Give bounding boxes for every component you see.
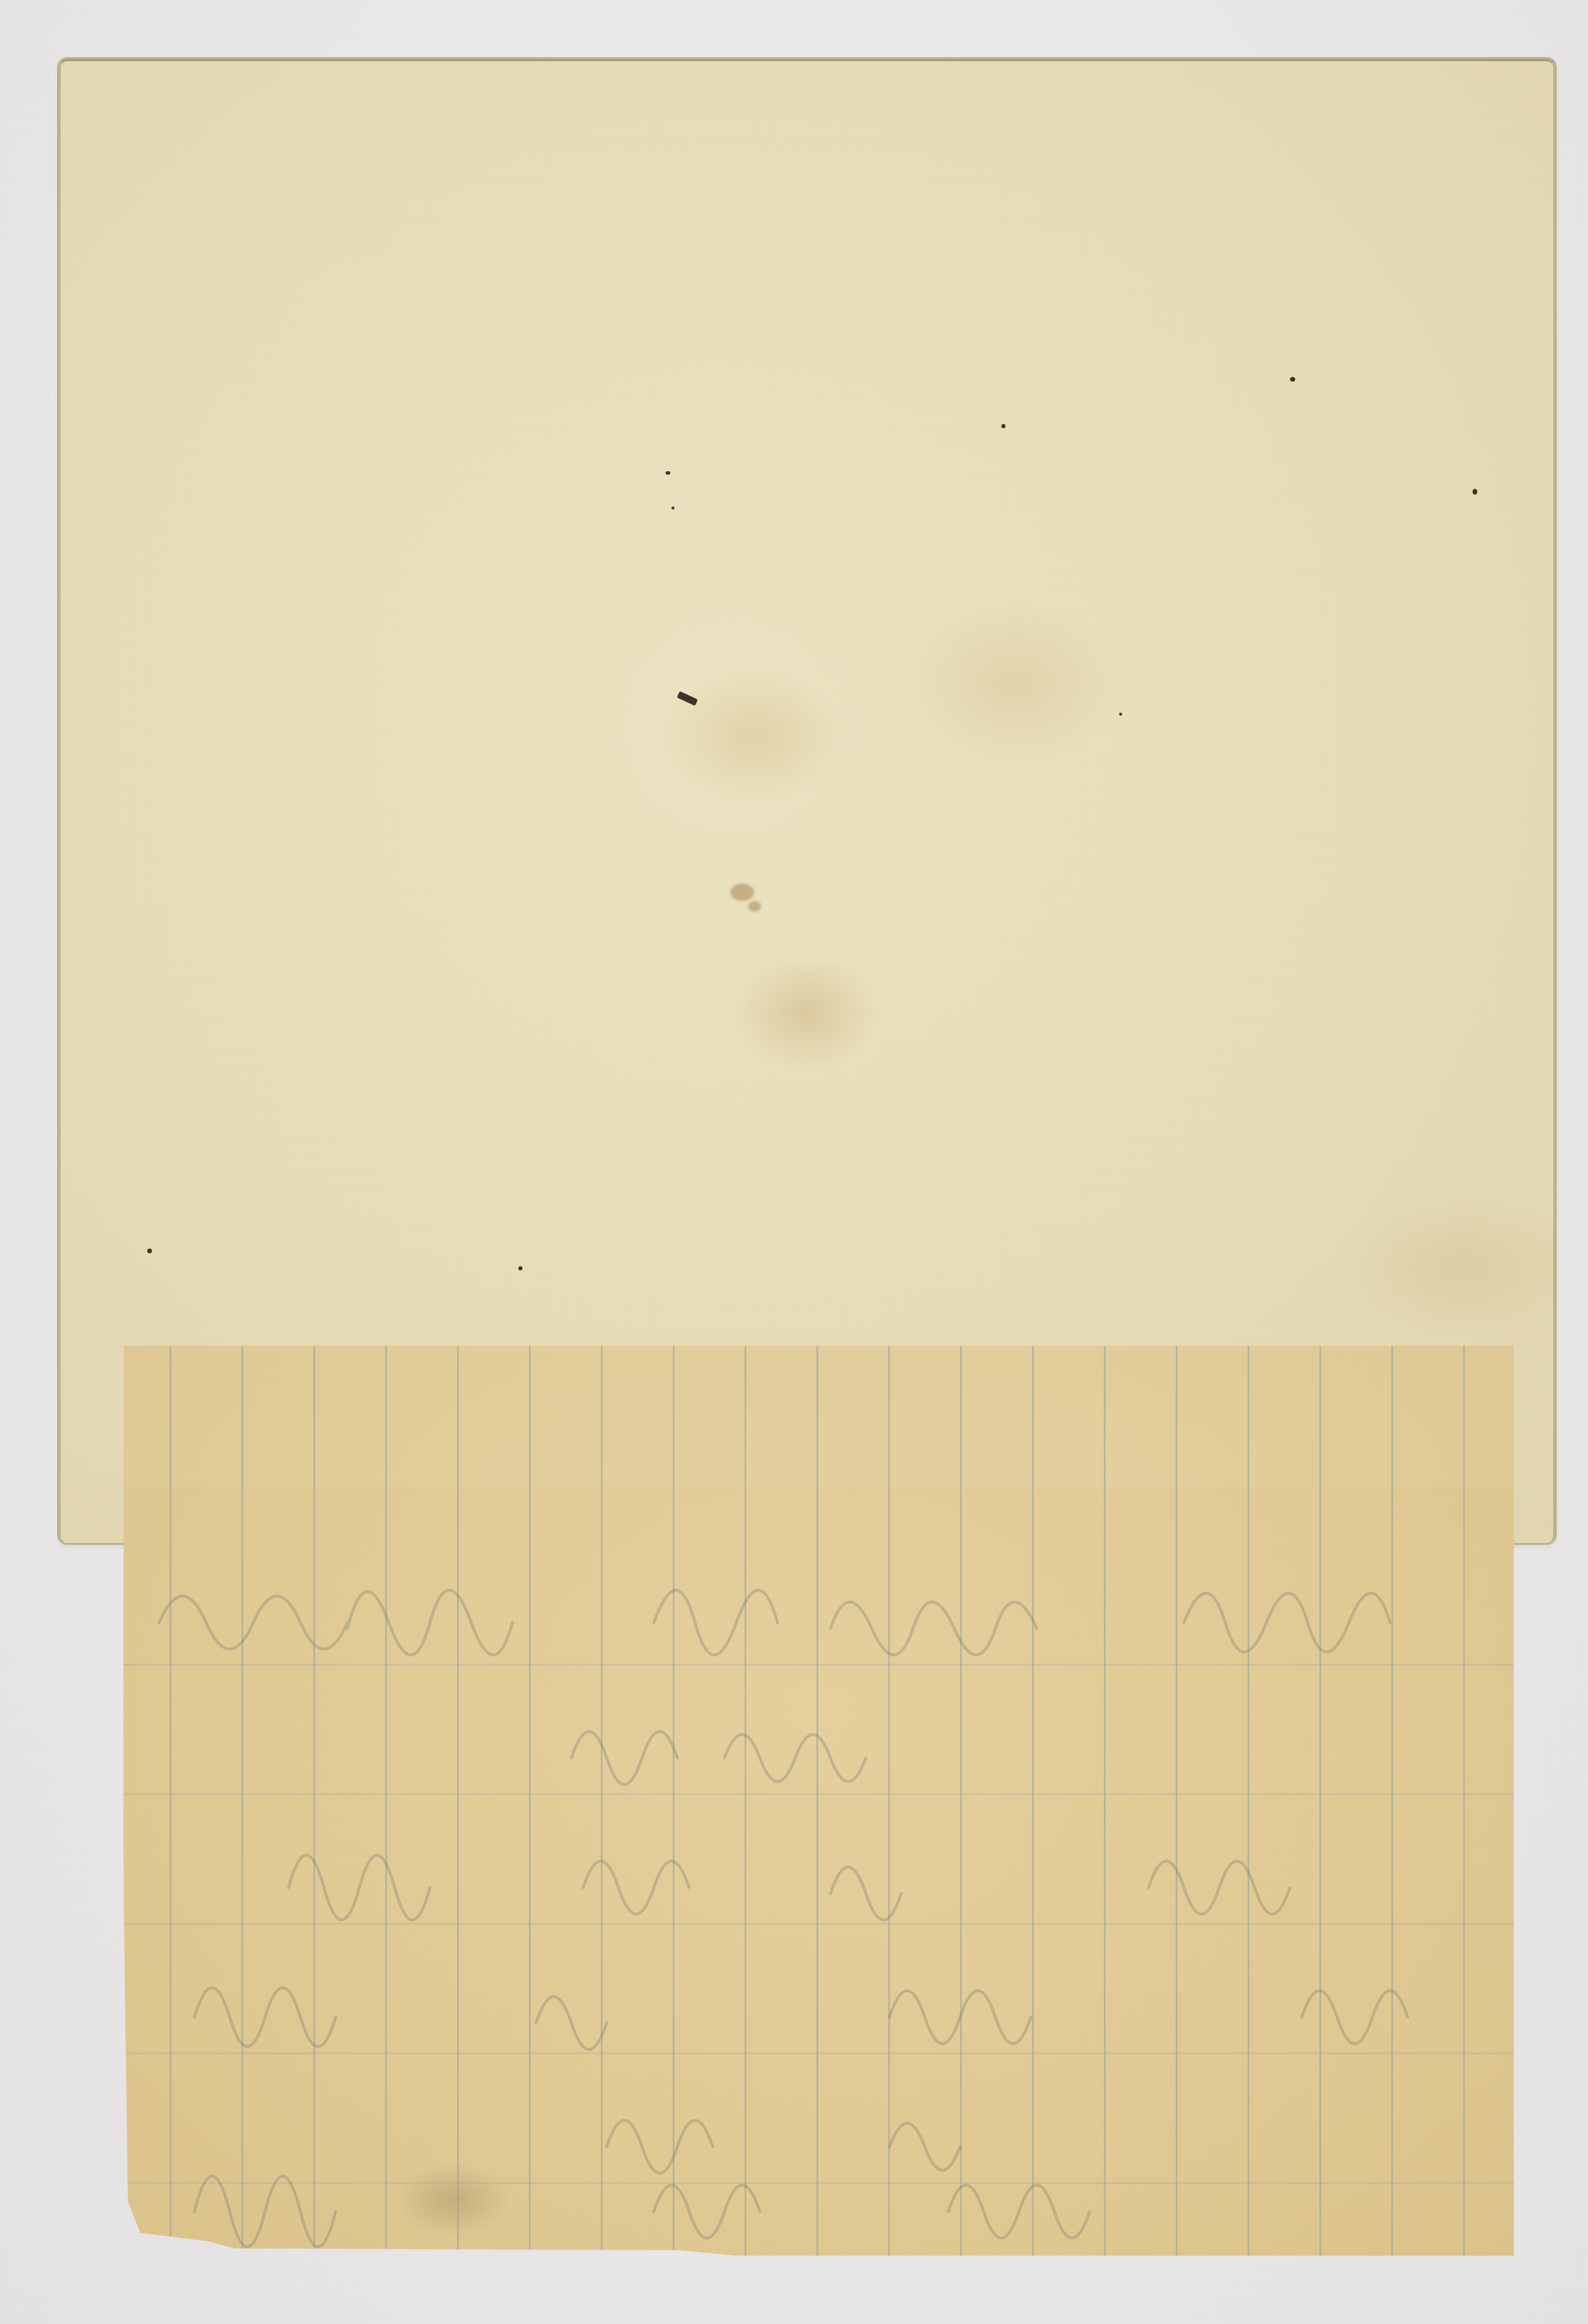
foxing-spot xyxy=(518,1266,522,1270)
brown-stain xyxy=(748,901,761,912)
foxing-spot xyxy=(671,506,674,509)
brown-stain xyxy=(730,883,754,901)
handwriting-show-through xyxy=(124,1346,1514,2256)
card-mount-reverse xyxy=(59,59,1555,1543)
foxing-spot xyxy=(1001,424,1005,428)
lined-note xyxy=(124,1346,1514,2256)
foxing-spot xyxy=(666,471,670,475)
foxing-spot xyxy=(147,1249,152,1253)
foxing-spot xyxy=(1473,489,1477,495)
faint-script-strokes xyxy=(124,1346,1514,2256)
ink-mark xyxy=(677,691,698,706)
foxing-spot xyxy=(1119,713,1122,716)
foxing-spot xyxy=(1290,377,1295,382)
